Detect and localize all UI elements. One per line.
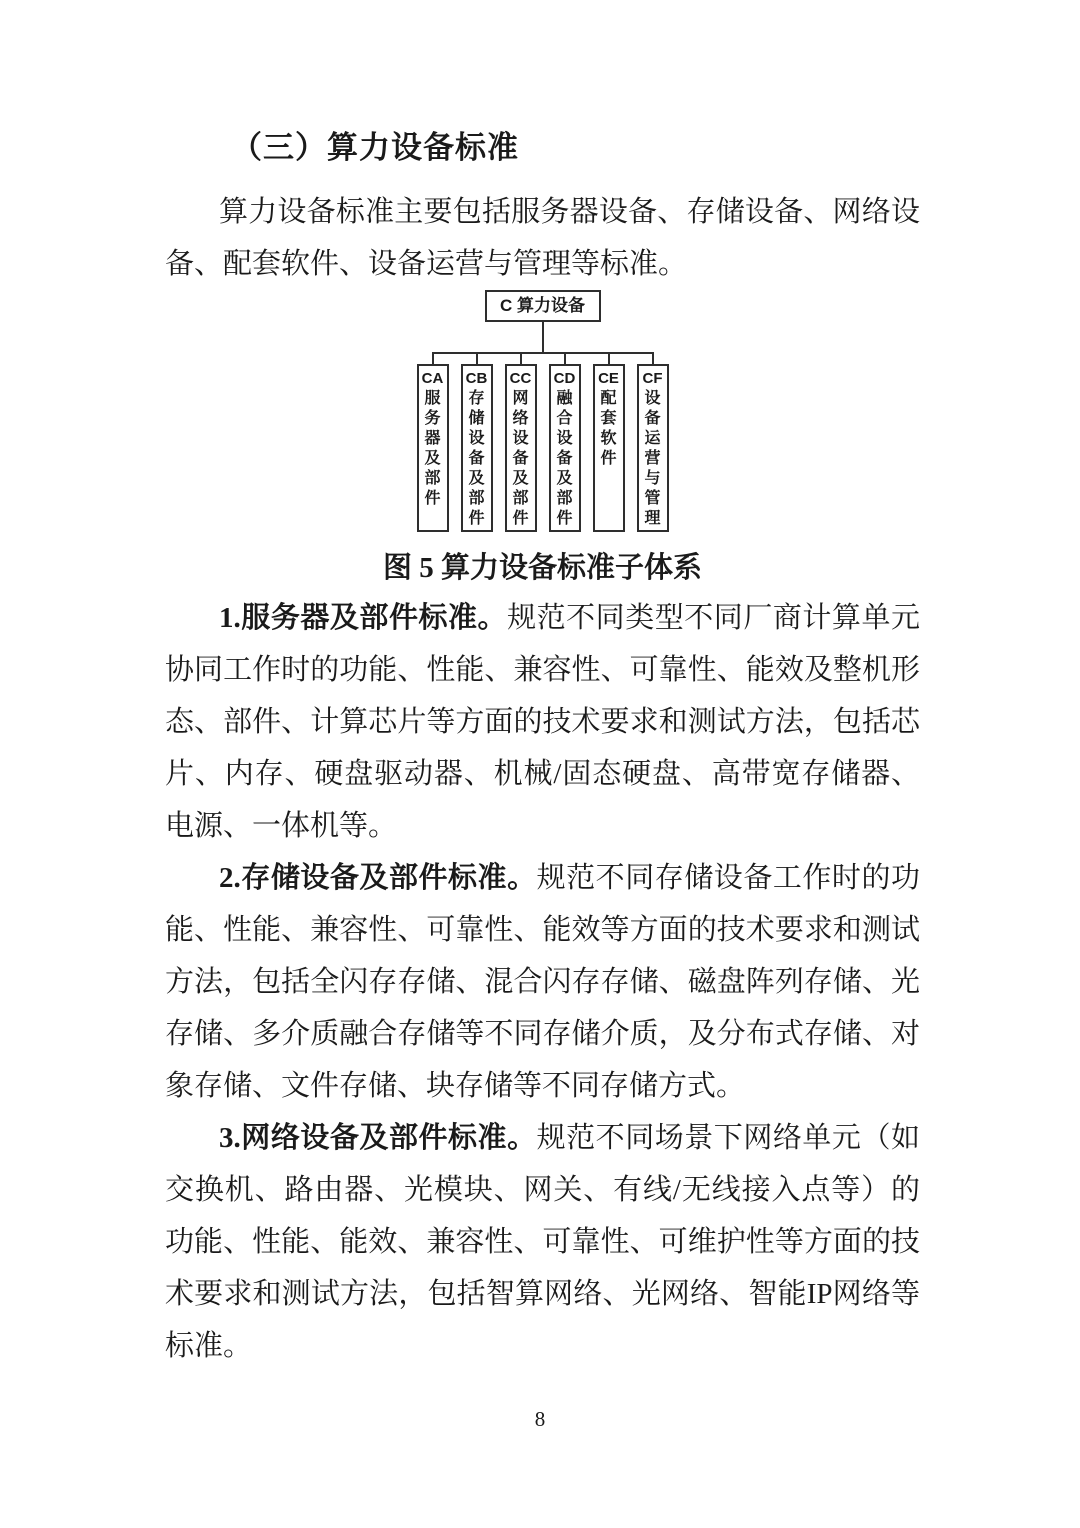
page-number: 8 [0,1407,1080,1432]
paragraph-3: 3.网络设备及部件标准。规范不同场景下网络单元（如交换机、路由器、光模块、网关、… [165,1112,920,1372]
paragraph-1-lead: 1.服务器及部件标准。 [219,602,507,634]
org-box-label: 服务器及部件 [419,389,447,509]
section-heading: （三）算力设备标准 [231,126,920,170]
paragraph-2: 2.存储设备及部件标准。规范不同存储设备工作时的功能、性能、兼容性、可靠性、能效… [165,852,920,1112]
figure-caption: 图 5 算力设备标准子体系 [165,548,920,588]
org-box-code: CF [639,369,667,389]
connector-stub [652,354,654,364]
org-child-cc: CC 网络设备及部件 [505,354,537,532]
org-box-ca: CA 服务器及部件 [417,364,449,532]
org-box-cf: CF 设备运营与管理 [637,364,669,532]
org-child-cf: CF 设备运营与管理 [637,354,669,532]
org-box-code: CC [507,369,535,389]
org-box-ce: CE 配套软件 [593,364,625,532]
org-child-ce: CE 配套软件 [593,354,625,532]
connector-stub [608,354,610,364]
org-child-cd: CD 融合设备及部件 [549,354,581,532]
figure-5-org-chart: C 算力设备 CA 服务器及部件 CB 存储设备及部件 [165,290,920,588]
connector-stub [432,354,434,364]
paragraph-2-body: 规范不同存储设备工作时的功能、性能、兼容性、可靠性、能效等方面的技术要求和测试方… [165,862,920,1102]
org-box-label: 配套软件 [595,389,623,469]
org-box-cc: CC 网络设备及部件 [505,364,537,532]
intro-paragraph: 算力设备标准主要包括服务器设备、存储设备、网络设备、配套软件、设备运营与管理等标… [165,186,920,290]
connector-stub [564,354,566,364]
connector-stem [542,322,544,352]
org-children-row: CA 服务器及部件 CB 存储设备及部件 CC 网络设备及部件 [417,354,669,532]
org-box-label: 网络设备及部件 [507,389,535,529]
document-page: （三）算力设备标准 算力设备标准主要包括服务器设备、存储设备、网络设备、配套软件… [0,0,1080,1528]
connector-stub [520,354,522,364]
org-box-code: CD [551,369,579,389]
org-root-box: C 算力设备 [485,290,601,322]
org-child-cb: CB 存储设备及部件 [461,354,493,532]
connector-stub [476,354,478,364]
org-box-cb: CB 存储设备及部件 [461,364,493,532]
org-box-code: CA [419,369,447,389]
paragraph-2-lead: 2.存储设备及部件标准。 [219,862,537,894]
org-box-label: 融合设备及部件 [551,389,579,529]
org-box-label: 设备运营与管理 [639,389,667,529]
org-box-code: CB [463,369,491,389]
paragraph-1-body: 规范不同类型不同厂商计算单元协同工作时的功能、性能、兼容性、可靠性、能效及整机形… [165,602,920,842]
org-box-label: 存储设备及部件 [463,389,491,529]
org-box-code: CE [595,369,623,389]
paragraph-3-lead: 3.网络设备及部件标准。 [219,1122,537,1154]
paragraph-3-body: 规范不同场景下网络单元（如交换机、路由器、光模块、网关、有线/无线接入点等）的功… [165,1122,920,1362]
org-child-ca: CA 服务器及部件 [417,354,449,532]
org-box-cd: CD 融合设备及部件 [549,364,581,532]
body-text: 1.服务器及部件标准。规范不同类型不同厂商计算单元协同工作时的功能、性能、兼容性… [165,592,920,1372]
paragraph-1: 1.服务器及部件标准。规范不同类型不同厂商计算单元协同工作时的功能、性能、兼容性… [165,592,920,852]
